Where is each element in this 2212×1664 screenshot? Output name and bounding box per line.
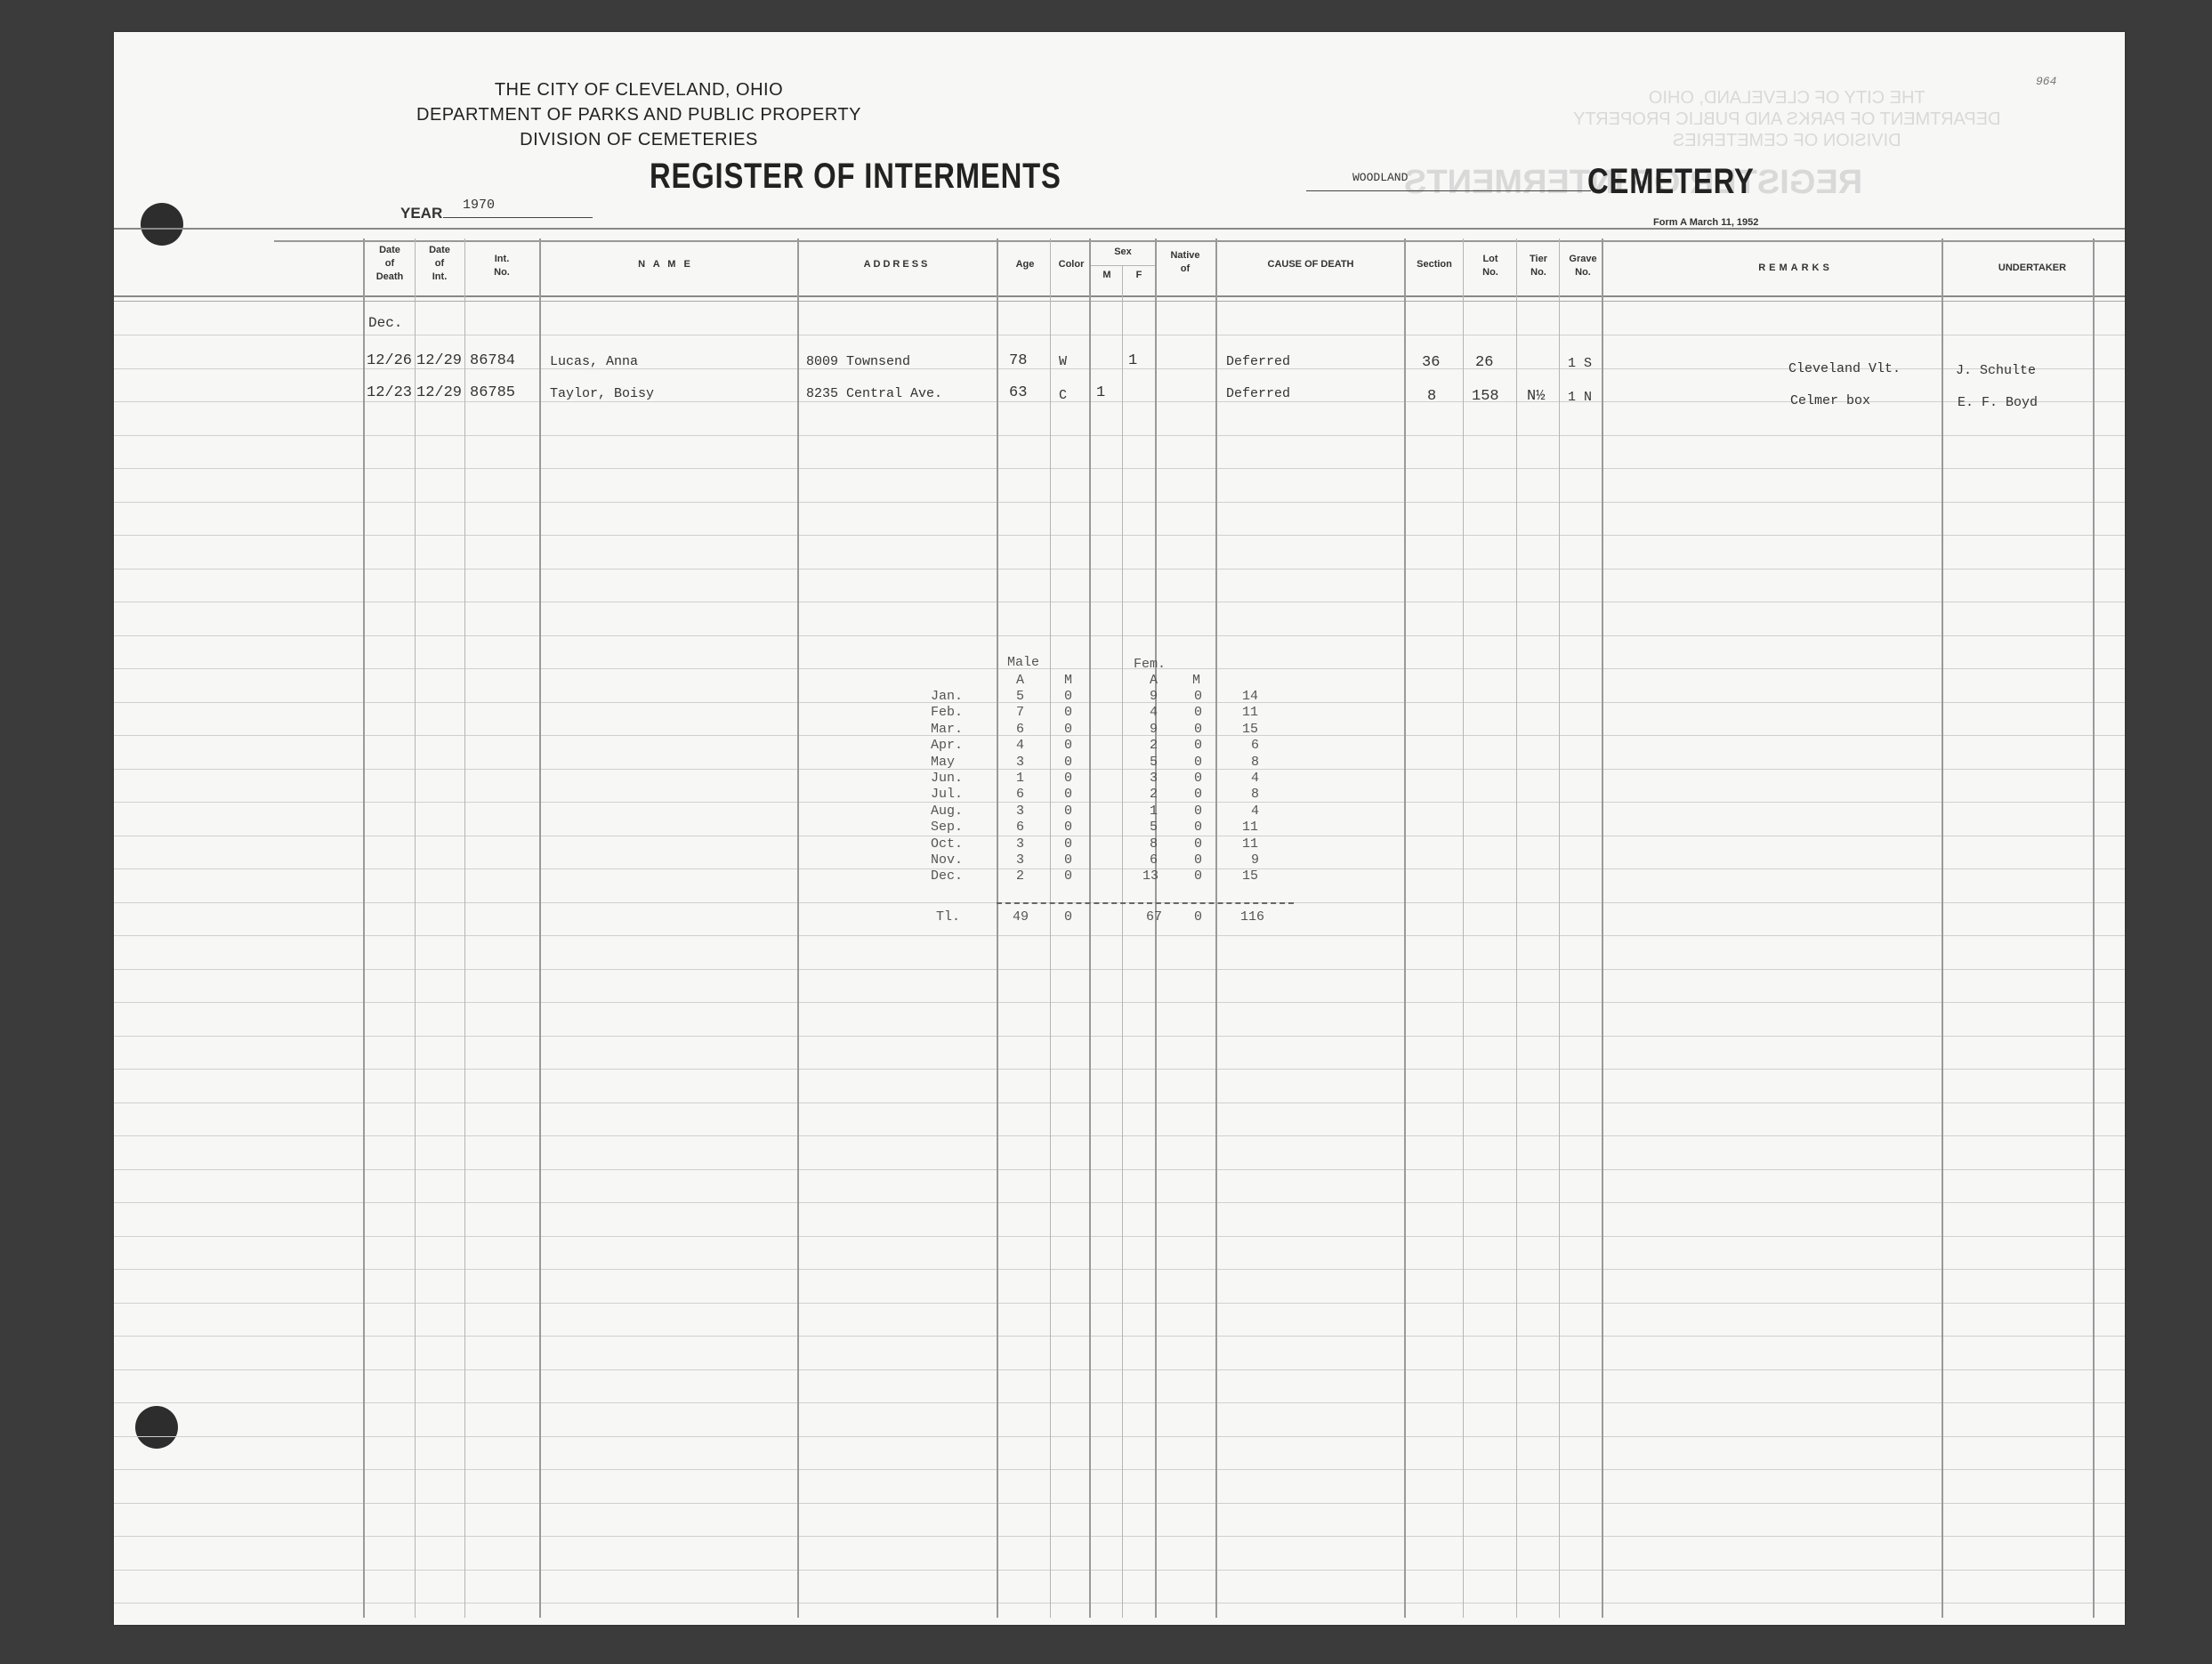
summary-fem-a: 8 [1150,836,1158,852]
cell-undertaker: J. Schulte [1956,363,2036,378]
summary-fem-m: 0 [1194,787,1202,802]
col-header-lot-no: LotNo. [1465,253,1516,279]
summary-fem-m: 0 [1194,836,1202,852]
col-header-sex: Sex [1091,246,1155,259]
ruled-line [114,969,2125,970]
ruled-line [114,468,2125,469]
col-line [1155,238,1157,1618]
col-line [997,238,998,1618]
summary-month: Jan. [931,689,963,704]
summary-male-a: 6 [1016,722,1024,737]
col-header-date-of-death: DateofDeath [367,244,413,284]
summary-total-rule [997,902,1294,904]
ruled-line [114,702,2125,703]
org-line-1: THE CITY OF CLEVELAND, OHIO [434,80,844,101]
col-line [797,238,799,1618]
summary-fem-m: 0 [1194,705,1202,720]
summary-fem-a: 13 [1142,868,1158,884]
summary-male-a: 6 [1016,787,1024,802]
col-header-native-of: Nativeof [1157,249,1214,276]
summary-total-fem-m: 0 [1194,909,1202,925]
ruled-line [114,769,2125,770]
cell-age: 78 [1009,352,1027,369]
summary-month: Nov. [931,852,963,868]
ruled-line [114,1236,2125,1237]
summary-total: 14 [1242,689,1258,704]
summary-male-a: 5 [1016,689,1024,704]
ruled-line [114,868,2125,869]
summary-total: 4 [1251,771,1259,786]
summary-male-a-label: A [1016,673,1024,688]
cell-color: W [1059,354,1067,369]
col-line [1602,238,1603,1618]
ruled-line [114,1336,2125,1337]
summary-total: 6 [1251,738,1259,753]
col-line [1404,238,1406,1618]
cell-date-of-death: 12/23 [367,384,412,401]
col-line [1516,238,1517,1618]
cemetery-underline [1306,190,1591,191]
col-line [1463,238,1464,1618]
summary-male-m: 0 [1064,755,1072,770]
summary-month: Apr. [931,738,963,753]
summary-total-label: Tl. [936,909,960,925]
ruled-line [114,1103,2125,1103]
col-header-sex-f: F [1123,269,1155,282]
summary-fem-a: 3 [1150,771,1158,786]
register-page: THE CITY OF CLEVELAND, OHIODEPARTMENT OF… [114,32,2125,1625]
col-line [1122,265,1123,1618]
col-header-date-of-int: DateofInt. [416,244,463,284]
summary-fem-a: 2 [1150,738,1158,753]
cell-int-no: 86785 [470,384,515,401]
summary-fem-m: 0 [1194,722,1202,737]
ruled-line [114,1536,2125,1537]
col-header-name: N A M E [541,258,790,271]
summary-fem-m: 0 [1194,852,1202,868]
cell-grave-no: 1 S [1568,356,1592,371]
cell-int-no: 86784 [470,352,515,369]
summary-total-male-m: 0 [1064,909,1072,925]
col-header-sex-m: M [1091,269,1123,282]
cell-remarks: Celmer box [1790,393,1870,408]
cell-age: 63 [1009,384,1027,401]
summary-male-m: 0 [1064,836,1072,852]
ruled-line [114,1202,2125,1203]
col-line [415,238,416,1618]
summary-male-a: 6 [1016,820,1024,835]
col-line [1559,238,1560,1618]
summary-total: 15 [1242,868,1258,884]
summary-male-a: 3 [1016,852,1024,868]
summary-month: May [931,755,955,770]
summary-total-male-a: 49 [1013,909,1029,925]
ruled-line [114,502,2125,503]
summary-fem-m-label: M [1192,673,1200,688]
ruled-line [114,1469,2125,1470]
summary-fem-m: 0 [1194,738,1202,753]
col-header-tier-no: TierNo. [1516,253,1561,279]
summary-fem-m: 0 [1194,689,1202,704]
cell-date-of-int: 12/29 [416,384,462,401]
year-value: 1970 [463,198,495,213]
summary-male-a: 2 [1016,868,1024,884]
cell-address: 8009 Townsend [806,354,910,369]
summary-fem-m: 0 [1194,804,1202,819]
summary-fem-a: 4 [1150,705,1158,720]
summary-total: 9 [1251,852,1259,868]
month-heading: Dec. [368,315,402,331]
summary-fem-a-label: A [1150,673,1158,688]
year-label: YEAR [400,205,442,222]
cell-tier-no: N½ [1527,388,1545,405]
ruled-line [114,1303,2125,1304]
col-header-section: Section [1406,258,1463,271]
summary-month: Dec. [931,868,963,884]
ruled-line [114,802,2125,803]
cell-cause-of-death: Deferred [1226,386,1290,401]
summary-fem-m: 0 [1194,771,1202,786]
col-line [539,238,541,1618]
summary-fem-m: 0 [1194,868,1202,884]
cell-section: 36 [1422,354,1440,371]
ruled-line [114,1402,2125,1403]
summary-month: Jun. [931,771,963,786]
bleed-through-header: THE CITY OF CLEVELAND, OHIODEPARTMENT OF… [1573,87,2000,151]
summary-male-m: 0 [1064,705,1072,720]
summary-male-a: 3 [1016,804,1024,819]
summary-male-a: 7 [1016,705,1024,720]
org-line-3: DIVISION OF CEMETERIES [434,130,844,150]
ruled-line [114,1169,2125,1170]
punch-hole-bottom [135,1406,178,1449]
cell-name: Taylor, Boisy [550,386,654,401]
summary-male-a: 4 [1016,738,1024,753]
summary-fem-m: 0 [1194,755,1202,770]
summary-male-m: 0 [1064,722,1072,737]
summary-total: 8 [1251,787,1259,802]
ruled-line [114,1135,2125,1136]
col-line [1089,238,1091,1618]
col-header-int-no: Int.No. [466,253,537,279]
col-line [1091,265,1155,266]
ruled-line [114,535,2125,536]
ruled-line [114,1436,2125,1437]
summary-month: Feb. [931,705,963,720]
cell-lot-no: 26 [1475,354,1493,371]
col-line [1942,238,1943,1618]
ruled-line [114,735,2125,736]
top-rule-2 [274,240,2125,242]
summary-fem-a: 1 [1150,804,1158,819]
ruled-line [114,1269,2125,1270]
summary-male-a: 3 [1016,836,1024,852]
summary-fem-a: 5 [1150,820,1158,835]
summary-fem-m: 0 [1194,820,1202,835]
ruled-line [114,569,2125,569]
summary-total: 11 [1242,836,1258,852]
cell-sex-m: 1 [1096,384,1105,401]
col-line [1050,238,1051,1618]
header-bottom-rule-2 [114,301,2125,302]
summary-total: 11 [1242,705,1258,720]
ruled-line [114,836,2125,836]
cell-undertaker: E. F. Boyd [1958,395,2038,410]
col-header-age: Age [998,258,1052,271]
form-note: Form A March 11, 1952 [1653,217,1758,228]
summary-male-m: 0 [1064,787,1072,802]
summary-male-a: 3 [1016,755,1024,770]
summary-male-label: Male [1007,655,1039,670]
year-underline [443,217,593,218]
summary-male-m: 0 [1064,868,1072,884]
col-header-color: Color [1052,258,1091,271]
summary-male-m: 0 [1064,852,1072,868]
cell-lot-no: 158 [1472,388,1499,405]
summary-male-m: 0 [1064,804,1072,819]
ruled-line [114,935,2125,936]
punch-hole-top [141,203,183,246]
cemetery-name: WOODLAND [1352,171,1408,184]
summary-fem-a: 2 [1150,787,1158,802]
cell-name: Lucas, Anna [550,354,638,369]
summary-total-fem-a: 67 [1146,909,1162,925]
page-title: REGISTER OF INTERMENTS [650,157,1062,197]
ruled-line [114,602,2125,602]
col-line [363,238,365,1618]
summary-month: Jul. [931,787,963,802]
summary-month: Sep. [931,820,963,835]
ruled-line [114,1369,2125,1370]
col-line [1215,238,1217,1618]
col-header-undertaker: UNDERTAKER [1943,262,2121,275]
summary-total: 11 [1242,820,1258,835]
ruled-line [114,1570,2125,1571]
summary-total-all: 116 [1240,909,1264,925]
ruled-line [114,1503,2125,1504]
cell-sex-f: 1 [1128,352,1137,369]
page-number: 964 [2036,75,2056,88]
summary-male-m: 0 [1064,689,1072,704]
summary-total: 4 [1251,804,1259,819]
summary-fem-a: 6 [1150,852,1158,868]
cell-date-of-death: 12/26 [367,352,412,369]
cell-section: 8 [1427,388,1436,405]
col-header-cause-of-death: CAUSE OF DEATH [1217,258,1404,271]
summary-total: 8 [1251,755,1259,770]
cell-color: C [1059,388,1067,403]
summary-fem-a: 9 [1150,689,1158,704]
cell-date-of-int: 12/29 [416,352,462,369]
col-header-grave-no: GraveNo. [1561,253,1605,279]
org-line-2: DEPARTMENT OF PARKS AND PUBLIC PROPERTY [416,105,861,125]
ruled-line [114,668,2125,669]
col-header-remarks: REMARKS [1627,262,1965,275]
col-line [2093,238,2095,1618]
summary-month: Aug. [931,804,963,819]
ruled-line [114,1603,2125,1603]
col-line [464,238,465,1618]
col-header-address: ADDRESS [799,258,995,271]
summary-female-label: Fem. [1134,657,1166,672]
summary-male-a: 1 [1016,771,1024,786]
summary-month: Mar. [931,722,963,737]
ruled-line [114,335,2125,335]
summary-month: Oct. [931,836,963,852]
summary-total: 15 [1242,722,1258,737]
cell-remarks: Cleveland Vlt. [1788,361,1901,376]
ruled-line [114,435,2125,436]
ruled-line [114,1002,2125,1003]
top-rule [114,228,2125,230]
cemetery-label: CEMETERY [1587,162,1755,202]
ruled-line [114,1036,2125,1037]
summary-fem-a: 9 [1150,722,1158,737]
summary-male-m: 0 [1064,771,1072,786]
summary-male-m: 0 [1064,820,1072,835]
cell-address: 8235 Central Ave. [806,386,942,401]
ruled-line [114,1069,2125,1070]
summary-male-m: 0 [1064,738,1072,753]
summary-fem-a: 5 [1150,755,1158,770]
cell-cause-of-death: Deferred [1226,354,1290,369]
summary-male-m-label: M [1064,673,1072,688]
ruled-line [114,635,2125,636]
header-bottom-rule [114,295,2125,297]
cell-grave-no: 1 N [1568,390,1592,405]
